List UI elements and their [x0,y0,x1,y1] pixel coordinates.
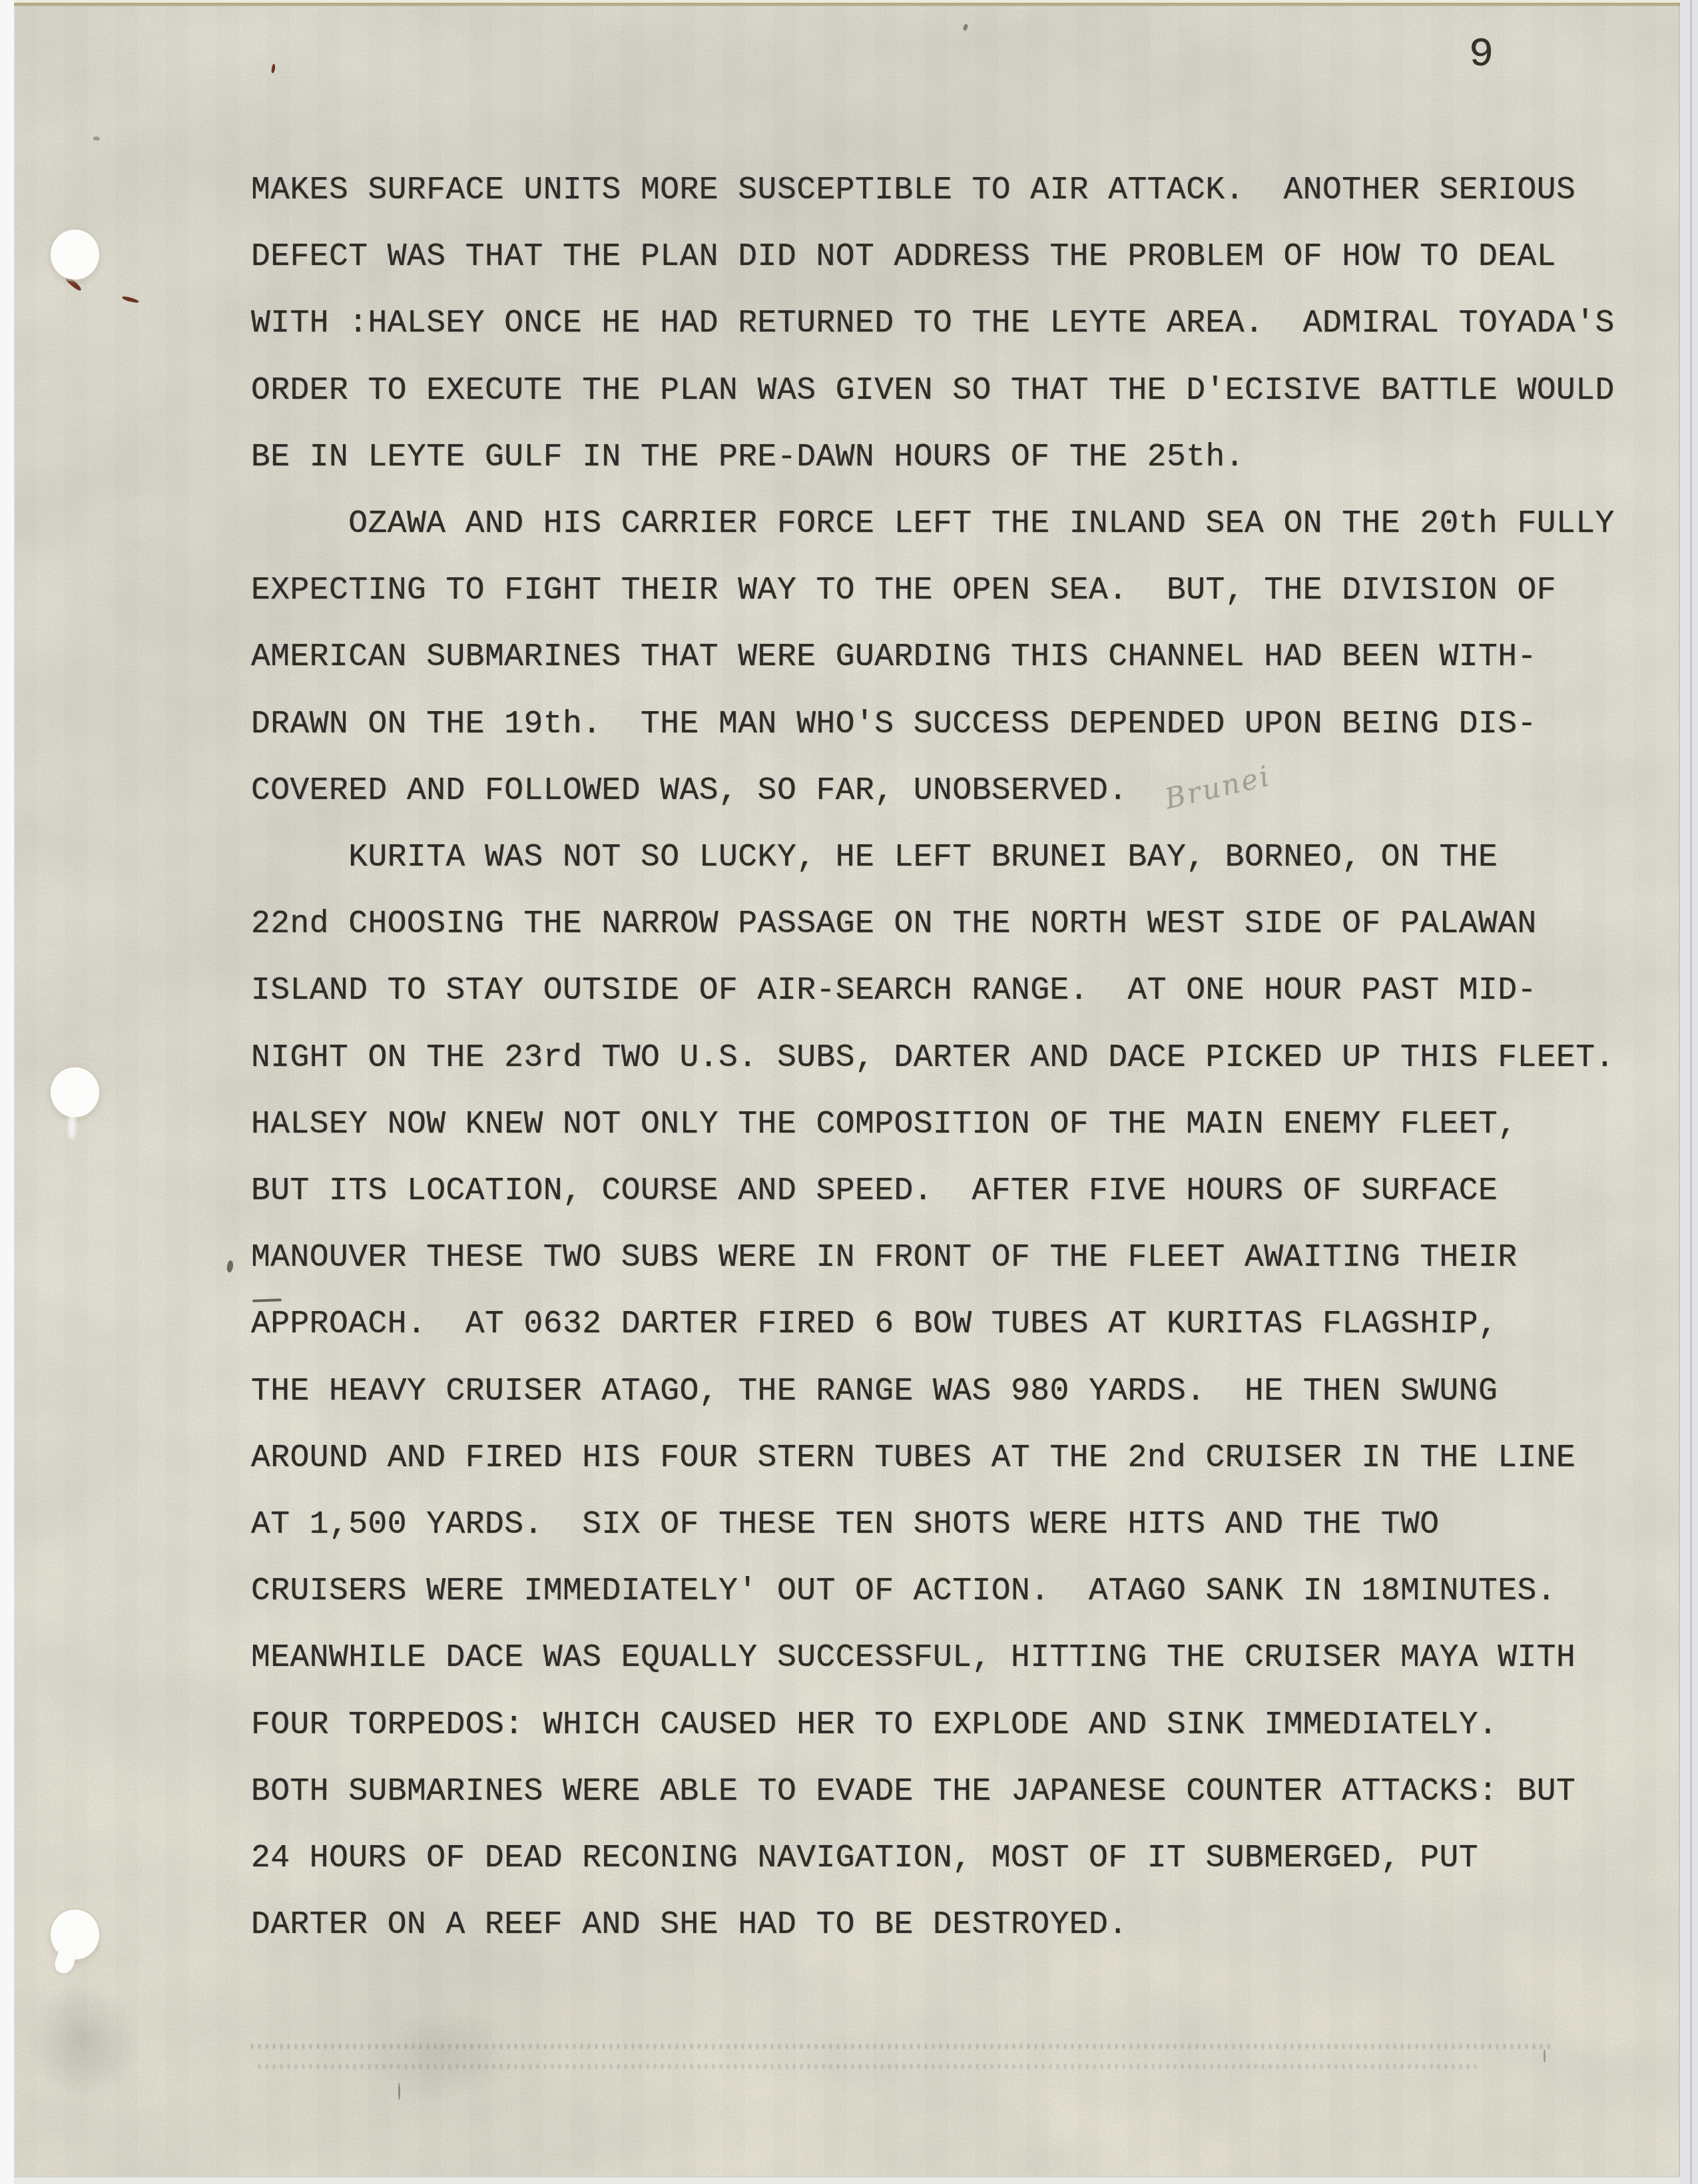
page-number: 9 [1469,31,1494,78]
punch-hole-middle [51,1067,99,1117]
punch-hole-bottom [51,1910,99,1960]
typed-body-text: MAKES SURFACE UNITS MORE SUSCEPTIBLE TO … [251,157,1615,1958]
ghost-tick-mark [1544,2049,1546,2063]
bottom-smudge [373,2011,519,2097]
bottom-left-smudge [27,1984,140,2097]
scanned-typewritten-page: MAKES SURFACE UNITS MORE SUSCEPTIBLE TO … [0,0,1698,2184]
page-top-shadow-line [14,3,1680,6]
scanner-edge-right [1679,0,1698,2184]
scanner-edge-line [1690,0,1692,2184]
punch-hole-top [51,230,99,280]
scanner-edge-left [0,0,15,2184]
page-bottom-edge [14,2176,1680,2184]
pencil-dot-mark [93,136,100,140]
ghost-tick-mark [398,2083,400,2100]
